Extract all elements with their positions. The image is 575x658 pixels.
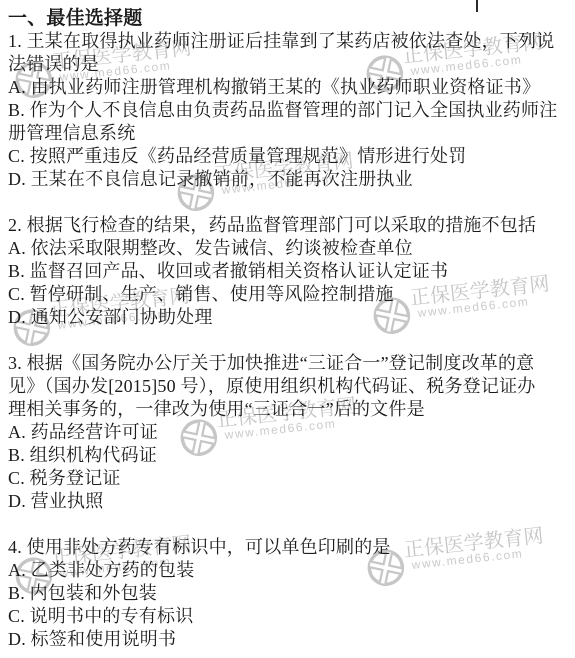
exam-text-body: 一、最佳选择题 1. 王某在取得执业药师注册证后挂靠到了某药店被依法查处，下列说… bbox=[8, 7, 571, 651]
q2-option-b: B. 监督召回产品、收回或者撤销相关资格认证认定证书 bbox=[8, 260, 571, 283]
q3-stem-line-2: 见》（国办发[2015]50 号），原使用组织机构代码证、税务登记证办 bbox=[8, 375, 571, 398]
q1-option-d: D. 王某在不良信息记录撤销前，不能再次注册执业 bbox=[8, 168, 571, 191]
question-3: 3. 根据《国务院办公厅关于加快推进“三证合一”登记制度改革的意 见》（国办发[… bbox=[8, 352, 571, 513]
q2-option-a: A. 依法采取限期整改、发告诫信、约谈被检查单位 bbox=[8, 237, 571, 260]
section-title: 一、最佳选择题 bbox=[8, 7, 571, 30]
q2-option-d: D. 通知公安部门协助处理 bbox=[8, 306, 571, 329]
q1-stem-line-1: 1. 王某在取得执业药师注册证后挂靠到了某药店被依法查处，下列说 bbox=[8, 30, 571, 53]
q1-option-c: C. 按照严重违反《药品经营质量管理规范》情形进行处罚 bbox=[8, 145, 571, 168]
q3-stem-line-1: 3. 根据《国务院办公厅关于加快推进“三证合一”登记制度改革的意 bbox=[8, 352, 571, 375]
text-cursor-caret bbox=[476, 0, 478, 12]
q1-option-b-line-2: 册管理信息系统 bbox=[8, 122, 571, 145]
q4-stem: 4. 使用非处方药专有标识中，可以单色印刷的是 bbox=[8, 536, 571, 559]
q1-stem-line-2: 法错误的是 bbox=[8, 53, 571, 76]
q1-option-a: A. 由执业药师注册管理机构撤销王某的《执业药师职业资格证书》 bbox=[8, 76, 571, 99]
question-2: 2. 根据飞行检查的结果，药品监督管理部门可以采取的措施不包括 A. 依法采取限… bbox=[8, 214, 571, 329]
q1-option-b-line-1: B. 作为个人不良信息由负责药品监督管理的部门记入全国执业药师注 bbox=[8, 99, 571, 122]
q3-option-a: A. 药品经营许可证 bbox=[8, 421, 571, 444]
question-4: 4. 使用非处方药专有标识中，可以单色印刷的是 A. 乙类非处方药的包装 B. … bbox=[8, 536, 571, 651]
q2-option-c: C. 暂停研制、生产、销售、使用等风险控制措施 bbox=[8, 283, 571, 306]
q2-stem: 2. 根据飞行检查的结果，药品监督管理部门可以采取的措施不包括 bbox=[8, 214, 571, 237]
q4-option-b: B. 内包装和外包装 bbox=[8, 582, 571, 605]
question-1: 1. 王某在取得执业药师注册证后挂靠到了某药店被依法查处，下列说 法错误的是 A… bbox=[8, 30, 571, 191]
q3-stem-line-3: 理相关事务的，一律改为使用“三证合一”后的文件是 bbox=[8, 398, 571, 421]
q4-option-a: A. 乙类非处方药的包装 bbox=[8, 559, 571, 582]
q4-option-d: D. 标签和使用说明书 bbox=[8, 628, 571, 651]
q3-option-c: C. 税务登记证 bbox=[8, 467, 571, 490]
q4-option-c: C. 说明书中的专有标识 bbox=[8, 605, 571, 628]
q3-option-d: D. 营业执照 bbox=[8, 490, 571, 513]
exam-document-page[interactable]: 正保医学教育网 www.med66.com 正保医学教育网 www.med66.… bbox=[0, 0, 575, 658]
q3-option-b: B. 组织机构代码证 bbox=[8, 444, 571, 467]
